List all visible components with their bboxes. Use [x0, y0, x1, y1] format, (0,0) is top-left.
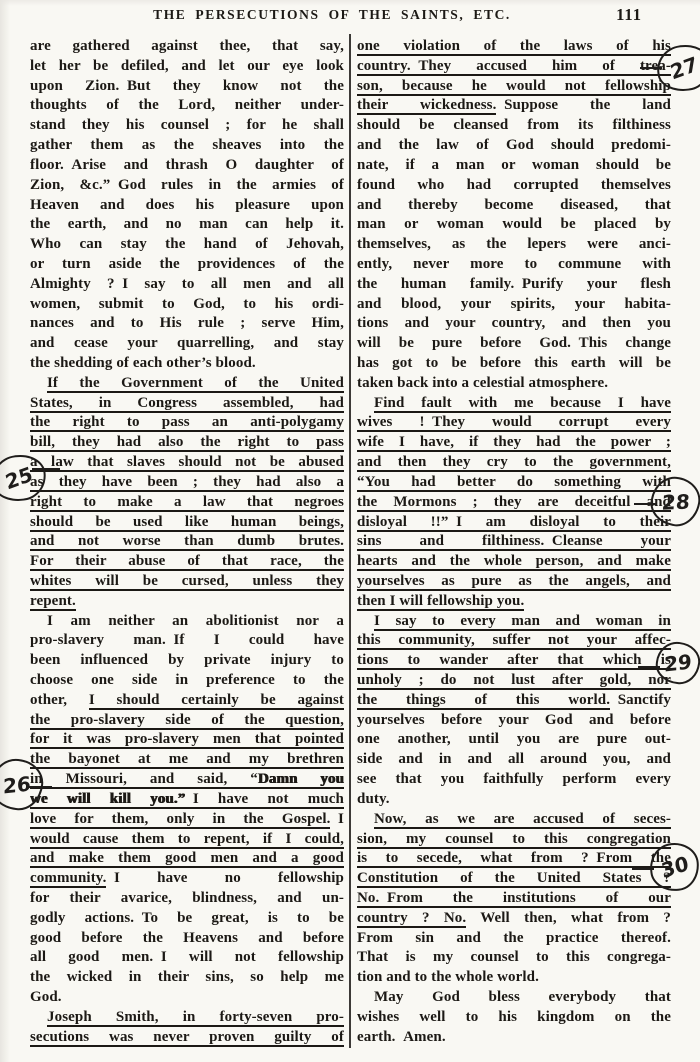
text-line: and not worse than dumb brutes.: [30, 532, 344, 552]
text-line: pro-slavery man. If I could have: [30, 631, 344, 651]
text-segment: pro-slavery man. If I could have: [30, 632, 344, 648]
text-line: States, in Congress assembled, had: [30, 394, 344, 414]
text-segment: women, submit to God, to his ordi-: [30, 296, 344, 312]
text-line: a law that slaves should not be abused: [30, 453, 344, 473]
text-line: Find fault with me because I have: [357, 394, 671, 414]
underlined-text-segment: is to secede, what from ? From the: [357, 850, 671, 868]
annotation-connector-mark: [634, 503, 656, 505]
text-segment: gather them as the sheaves into the: [30, 137, 344, 153]
circled-number-label: 29: [664, 649, 692, 676]
running-title: THE PERSECUTIONS OF THE SAINTS, ETC.: [0, 7, 664, 23]
text-line: nances and to His rule ; serve Him,: [30, 314, 344, 334]
text-line: For their abuse of that race, the: [30, 552, 344, 572]
text-segment: taken back into a celestial atmosphere.: [357, 375, 608, 391]
text-segment: been influenced by private injury to: [30, 652, 344, 668]
text-line: whites will be cursed, unless they: [30, 572, 344, 592]
text-line: the wicked in their sins, so help me: [30, 968, 344, 988]
text-segment: side and in and all around you, and: [357, 751, 671, 767]
text-segment: found who had corrupted themselves: [357, 177, 671, 193]
text-line: the shedding of each other’s blood.: [30, 354, 344, 374]
text-line: ently, never more to commune with: [357, 255, 671, 275]
text-line: love for them, only in the Gospel. I: [30, 810, 344, 830]
page-number: 111: [616, 5, 642, 25]
text-segment: earth. Amen.: [357, 1029, 446, 1045]
underlined-text-segment: country ? No.: [357, 910, 466, 928]
text-line: country. They accused him of trea-: [357, 57, 671, 77]
text-segment: Heaven and does his pleasure upon: [30, 197, 344, 213]
text-segment: wishes well to his kingdom on the: [357, 1009, 671, 1025]
underlined-text-segment: I have not much: [185, 791, 344, 809]
text-line: godly actions. To be great, is to be: [30, 909, 344, 929]
text-segment: Zion, &c.” God rules in the armies of: [30, 177, 344, 193]
text-segment: nate, if a man or woman should be: [357, 157, 671, 173]
text-line: Heaven and does his pleasure upon: [30, 196, 344, 216]
text-line: man or woman would be placed by: [357, 215, 671, 235]
text-line: themselves, as the lepers were anci-: [357, 235, 671, 255]
text-segment: duty.: [357, 791, 390, 807]
text-line: the pro-slavery side of the question,: [30, 711, 344, 731]
text-line: found who had corrupted themselves: [357, 176, 671, 196]
text-line: one another, until you are pure out-: [357, 730, 671, 750]
text-segment: I have no fellowship: [106, 870, 344, 886]
text-line: or turn aside the providences of the: [30, 255, 344, 275]
text-line: we will kill you.” I have not much: [30, 790, 344, 810]
text-line: No. From the institutions of our: [357, 889, 671, 909]
underlined-text-segment: I say to every man and woman in: [374, 613, 671, 631]
text-segment: other,: [30, 692, 89, 708]
text-line: the human family. Purify your flesh: [357, 275, 671, 295]
underlined-text-segment: would cause them to repent, if I could,: [30, 831, 344, 849]
underlined-text-segment: the bayonet at me and my brethren: [30, 751, 344, 769]
underlined-text-segment: secutions was never proven guilty of: [30, 1029, 344, 1047]
underlined-text-segment: as they have been ; they had also a: [30, 474, 344, 492]
text-line: in Missouri, and said, “Damn you: [30, 770, 344, 790]
underlined-text-segment: country. They accused him of trea-: [357, 58, 671, 76]
underlined-text-segment: tions to wander after that which is: [357, 652, 671, 670]
text-segment: the earth, and no man can help it.: [30, 216, 344, 232]
text-line: wives ! They would corrupt every: [357, 413, 671, 433]
text-segment: Well then, what from ?: [466, 910, 671, 926]
text-line: right to make a law that negroes: [30, 493, 344, 513]
underlined-text-segment: Damn you: [258, 771, 344, 789]
text-line: wishes well to his kingdom on the: [357, 1008, 671, 1028]
text-line: and then they cry to the government,: [357, 453, 671, 473]
text-segment: floor. Arise and thrash O daughter of: [30, 157, 344, 173]
text-line: and blood, your spirits, your habita-: [357, 295, 671, 315]
text-line: repent.: [30, 592, 344, 612]
text-segment: for their avarice, blindness, and un-: [30, 890, 344, 906]
text-line: Constitution of the United States ?: [357, 869, 671, 889]
underlined-text-segment: wives ! They would corrupt every: [357, 414, 671, 432]
text-segment: and thereby become diseased, that: [357, 197, 671, 213]
text-segment: or turn aside the providences of the: [30, 256, 344, 272]
text-line: taken back into a celestial atmosphere.: [357, 374, 671, 394]
text-segment: tion and to the whole world.: [357, 969, 539, 985]
underlined-text-segment: one violation of the laws of his: [357, 38, 671, 56]
underlined-text-segment: right to make a law that negroes: [30, 494, 344, 512]
text-line: gather them as the sheaves into the: [30, 136, 344, 156]
text-line: earth. Amen.: [357, 1028, 671, 1048]
underlined-text-segment: should be used like human beings,: [30, 514, 344, 532]
text-segment: God.: [30, 989, 62, 1005]
text-line: the right to pass an anti-polygamy: [30, 413, 344, 433]
text-segment: upon Zion. But they know not the: [30, 78, 344, 94]
text-line: son, because he would not fellowship: [357, 77, 671, 97]
text-line: and cease your quarrelling, and stay: [30, 334, 344, 354]
text-line: been influenced by private injury to: [30, 651, 344, 671]
text-line: sion, my counsel to this congregation: [357, 830, 671, 850]
text-line: community. I have no fellowship: [30, 869, 344, 889]
underlined-text-segment: for it was pro-slavery men that pointed: [30, 731, 344, 749]
text-segment: see that you faithfully perform every: [357, 771, 671, 787]
text-line: If the Government of the United: [30, 374, 344, 394]
annotation-connector-mark: [640, 67, 662, 69]
text-segment: the human family. Purify your flesh: [357, 276, 671, 292]
text-line: would cause them to repent, if I could,: [30, 830, 344, 850]
underlined-text-segment: disloyal !!” I am disloyal to their: [357, 514, 671, 532]
annotation-connector-mark: [632, 868, 654, 870]
text-line: Almighty ? I say to all men and all: [30, 275, 344, 295]
text-line: then I will fellowship you.: [357, 592, 671, 612]
underlined-text-segment: States, in Congress assembled, had: [30, 395, 344, 413]
text-line: upon Zion. But they know not the: [30, 77, 344, 97]
text-line: the bayonet at me and my brethren: [30, 750, 344, 770]
text-line: unholy ; do not lust after gold, nor: [357, 671, 671, 691]
text-line: see that you faithfully perform every: [357, 770, 671, 790]
text-line: choose one side in preference to the: [30, 671, 344, 691]
book-page-scan: THE PERSECUTIONS OF THE SAINTS, ETC. 111…: [0, 0, 700, 1062]
right-text-column: one violation of the laws of hiscountry.…: [357, 37, 671, 1047]
underlined-text-segment: If the Government of the United: [47, 375, 344, 393]
text-segment: choose one side in preference to the: [30, 672, 344, 688]
underlined-text-segment: we will kill you.”: [30, 791, 185, 809]
text-line: the earth, and no man can help it.: [30, 215, 344, 235]
text-line: women, submit to God, to his ordi-: [30, 295, 344, 315]
annotation-connector-mark: [32, 468, 60, 470]
text-segment: That is my counsel to this congrega-: [357, 949, 671, 965]
text-line: has got to be before this earth will be: [357, 354, 671, 374]
text-segment: will be pure before God. This change: [357, 335, 671, 351]
underlined-text-segment: then I will fellowship you.: [357, 593, 524, 611]
text-segment: I: [330, 811, 344, 827]
underlined-text-segment: the right to pass an anti-polygamy: [30, 414, 344, 432]
text-segment: are gathered against thee, that say,: [30, 38, 344, 54]
annotation-connector-mark: [638, 666, 660, 668]
circled-number-label: 25: [3, 462, 35, 495]
text-segment: and cease your quarrelling, and stay: [30, 335, 344, 351]
underlined-text-segment: love for them, only in the Gospel.: [30, 811, 330, 829]
underlined-text-segment: “You had better do something with: [357, 474, 671, 492]
text-line: From sin and the practice thereof.: [357, 929, 671, 949]
underlined-text-segment: I should certainly be against: [89, 692, 344, 710]
underlined-text-segment: and make them good men and a good: [30, 850, 344, 868]
text-segment: let her be defiled, and let our eye look: [30, 58, 344, 74]
annotation-connector-mark: [26, 786, 52, 788]
text-segment: nances and to His rule ; serve Him,: [30, 315, 344, 331]
text-segment: the shedding of each other’s blood.: [30, 355, 256, 371]
circled-number-label: 26: [3, 771, 31, 798]
text-segment: good before the Heavens and before: [30, 930, 344, 946]
text-segment: one another, until you are pure out-: [357, 731, 671, 747]
text-segment: and the law of God should predomi-: [357, 137, 671, 153]
circled-number-label: 28: [661, 489, 691, 514]
text-line: secutions was never proven guilty of: [30, 1028, 344, 1048]
underlined-text-segment: Now, as we are accused of seces-: [374, 811, 671, 829]
underlined-text-segment: community.: [30, 870, 106, 888]
text-line: Joseph Smith, in forty-seven pro-: [30, 1008, 344, 1028]
underlined-text-segment: No. From the institutions of our: [357, 890, 671, 908]
underlined-text-segment: Find fault with me because I have: [374, 395, 671, 413]
text-segment: ently, never more to commune with: [357, 256, 671, 272]
text-line: should be cleansed from its filthiness: [357, 116, 671, 136]
text-line: stand they his counsel ; for he shall: [30, 116, 344, 136]
text-line: for it was pro-slavery men that pointed: [30, 730, 344, 750]
text-line: country ? No. Well then, what from ?: [357, 909, 671, 929]
text-line: and the law of God should predomi-: [357, 136, 671, 156]
text-line: May God bless everybody that: [357, 988, 671, 1008]
text-line: and thereby become diseased, that: [357, 196, 671, 216]
text-segment: Sanctify: [610, 692, 671, 708]
text-line: I am neither an abolitionist nor a: [30, 612, 344, 632]
underlined-text-segment: bill, they had also the right to pass: [30, 434, 344, 452]
text-line: will be pure before God. This change: [357, 334, 671, 354]
text-line: disloyal !!” I am disloyal to their: [357, 513, 671, 533]
underlined-text-segment: wife I have, if they had the power ;: [357, 434, 671, 452]
circled-number-label: 27: [668, 52, 700, 85]
left-text-column: are gathered against thee, that say,let …: [30, 37, 344, 1047]
text-line: one violation of the laws of his: [357, 37, 671, 57]
text-line: yourselves before your God and before: [357, 711, 671, 731]
underlined-text-segment: the Mormons ; they are deceitful and: [357, 494, 671, 512]
column-divider-rule: [349, 34, 351, 1048]
text-line: “You had better do something with: [357, 473, 671, 493]
text-line: hearts and the whole person, and make: [357, 552, 671, 572]
text-segment: has got to be before this earth will be: [357, 355, 671, 371]
text-segment: yourselves before your God and before: [357, 712, 671, 728]
text-line: are gathered against thee, that say,: [30, 37, 344, 57]
underlined-text-segment: and not worse than dumb brutes.: [30, 533, 344, 551]
text-segment: themselves, as the lepers were anci-: [357, 236, 671, 252]
text-segment: Suppose the land: [496, 97, 671, 113]
text-line: That is my counsel to this congrega-: [357, 948, 671, 968]
text-line: Now, as we are accused of seces-: [357, 810, 671, 830]
underlined-text-segment: sion, my counsel to this congregation: [357, 831, 671, 849]
underlined-text-segment: and then they cry to the government,: [357, 454, 671, 472]
underlined-text-segment: son, because he would not fellowship: [357, 78, 671, 96]
text-line: tions to wander after that which is: [357, 651, 671, 671]
underlined-text-segment: Joseph Smith, in forty-seven pro-: [47, 1009, 344, 1027]
text-line: bill, they had also the right to pass: [30, 433, 344, 453]
underlined-text-segment: their wickedness.: [357, 97, 496, 115]
text-line: tions and your country, and then you: [357, 314, 671, 334]
text-segment: should be cleansed from its filthiness: [357, 117, 671, 133]
text-line: good before the Heavens and before: [30, 929, 344, 949]
text-line: this community, suffer not your affec-: [357, 631, 671, 651]
text-line: duty.: [357, 790, 671, 810]
text-line: nate, if a man or woman should be: [357, 156, 671, 176]
text-segment: tions and your country, and then you: [357, 315, 671, 331]
text-line: floor. Arise and thrash O daughter of: [30, 156, 344, 176]
text-line: God.: [30, 988, 344, 1008]
text-segment: From sin and the practice thereof.: [357, 930, 671, 946]
text-line: Zion, &c.” God rules in the armies of: [30, 176, 344, 196]
text-segment: the wicked in their sins, so help me: [30, 969, 344, 985]
underlined-text-segment: whites will be cursed, unless they: [30, 573, 344, 591]
text-line: is to secede, what from ? From the: [357, 849, 671, 869]
underlined-text-segment: the things of this world.: [357, 692, 610, 710]
underlined-text-segment: the pro-slavery side of the question,: [30, 712, 344, 730]
text-line: other, I should certainly be against: [30, 691, 344, 711]
text-line: the things of this world. Sanctify: [357, 691, 671, 711]
underlined-text-segment: For their abuse of that race, the: [30, 553, 344, 571]
underlined-text-segment: Constitution of the United States ?: [357, 870, 671, 888]
text-segment: and blood, your spirits, your habita-: [357, 296, 671, 312]
circled-number-label: 30: [659, 851, 690, 883]
text-line: the Mormons ; they are deceitful and: [357, 493, 671, 513]
text-segment: Almighty ? I say to all men and all: [30, 276, 344, 292]
underlined-text-segment: yourselves as pure as the angels, and: [357, 573, 671, 591]
text-segment: I am neither an abolitionist nor a: [47, 613, 344, 629]
underlined-text-segment: unholy ; do not lust after gold, nor: [357, 672, 671, 690]
underlined-text-segment: hearts and the whole person, and make: [357, 553, 671, 571]
underlined-text-segment: in Missouri, and said, “: [30, 771, 258, 789]
text-line: their wickedness. Suppose the land: [357, 96, 671, 116]
underlined-text-segment: a law that slaves should not be abused: [30, 454, 344, 472]
underlined-text-segment: this community, suffer not your affec-: [357, 632, 671, 650]
text-segment: man or woman would be placed by: [357, 216, 671, 232]
text-segment: godly actions. To be great, is to be: [30, 910, 344, 926]
text-line: should be used like human beings,: [30, 513, 344, 533]
text-line: and make them good men and a good: [30, 849, 344, 869]
text-line: all good men. I will not fellowship: [30, 948, 344, 968]
text-line: tion and to the whole world.: [357, 968, 671, 988]
text-line: for their avarice, blindness, and un-: [30, 889, 344, 909]
text-segment: thoughts of the Lord, neither under-: [30, 97, 344, 113]
text-segment: all good men. I will not fellowship: [30, 949, 344, 965]
text-line: as they have been ; they had also a: [30, 473, 344, 493]
text-line: Who can stay the hand of Jehovah,: [30, 235, 344, 255]
text-line: I say to every man and woman in: [357, 612, 671, 632]
text-line: let her be defiled, and let our eye look: [30, 57, 344, 77]
text-segment: May God bless everybody that: [374, 989, 671, 1005]
text-line: thoughts of the Lord, neither under-: [30, 96, 344, 116]
text-line: side and in and all around you, and: [357, 750, 671, 770]
text-segment: stand they his counsel ; for he shall: [30, 117, 344, 133]
text-line: wife I have, if they had the power ;: [357, 433, 671, 453]
text-segment: Who can stay the hand of Jehovah,: [30, 236, 344, 252]
text-line: yourselves as pure as the angels, and: [357, 572, 671, 592]
text-line: sins and filthiness. Cleanse your: [357, 532, 671, 552]
underlined-text-segment: repent.: [30, 593, 76, 611]
underlined-text-segment: sins and filthiness. Cleanse your: [357, 533, 671, 551]
